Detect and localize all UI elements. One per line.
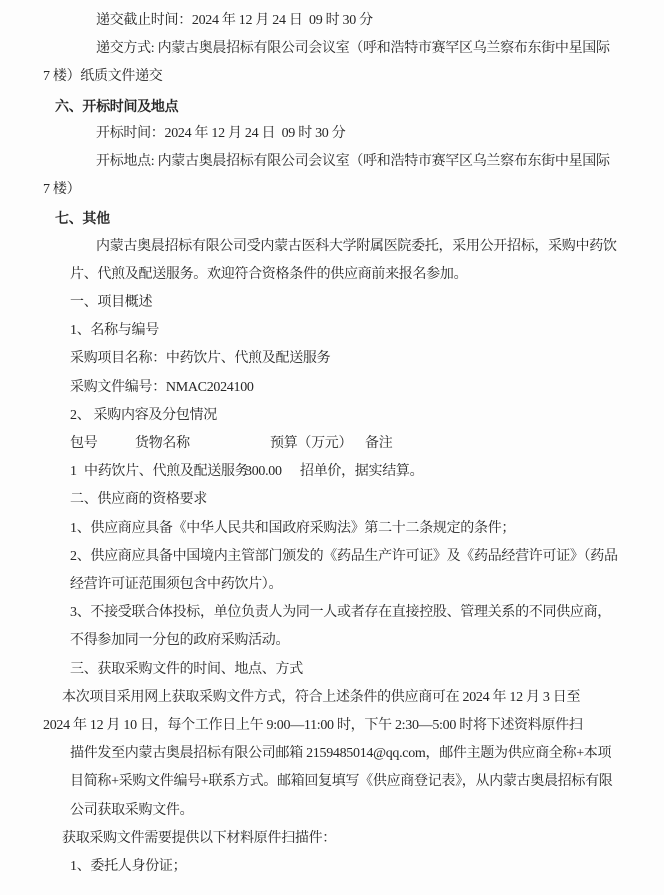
package-table: 包号 货物名称 预算（万元） 备注 1 中药饮片、代煎及配送服务 300.00 … [0,430,664,486]
table-cell-package-no: 1 [70,458,77,486]
text-line: 1、名称与编号 [0,317,664,345]
table-col-header-remark: 备注 [365,430,392,458]
table-col-header-budget: 预算（万元） [270,430,352,458]
table-cell-goods-name: 中药饮片、代煎及配送服务 [84,458,248,486]
text-line: 7 楼） [0,176,664,204]
table-cell-budget: 300.00 [245,458,282,486]
table-row: 1 中药饮片、代煎及配送服务 300.00 招单价，据实结算。 [0,458,664,486]
text-line: 7 楼）纸质文件递交 [0,63,664,91]
text-line: 二、供应商的资格要求 [0,486,664,514]
text-line: 经营许可证范围须包含中药饮片）。 [0,571,664,599]
document-section-top: 递交截止时间：2024 年 12 月 24 日 09 时 30 分递交方式: 内… [0,7,664,430]
text-line: 采购文件编号：NMAC2024100 [0,374,664,402]
document-section-bottom: 二、供应商的资格要求1、供应商应具备《中华人民共和国政府采购法》第二十二条规定的… [0,486,664,881]
text-line: 递交方式: 内蒙古奥晨招标有限公司会议室（呼和浩特市赛罕区乌兰察布东街中星国际 [0,35,664,63]
text-line: 三、获取采购文件的时间、地点、方式 [0,656,664,684]
document-page: 递交截止时间：2024 年 12 月 24 日 09 时 30 分递交方式: 内… [0,0,664,895]
text-line: 公司获取采购文件。 [0,797,664,825]
text-line: 片、代煎及配送服务。欢迎符合资格条件的供应商前来报名参加。 [0,261,664,289]
text-line: 描件发至内蒙古奥晨招标有限公司邮箱 2159485014@qq.com，邮件主题… [0,740,664,768]
text-line: 递交截止时间：2024 年 12 月 24 日 09 时 30 分 [0,7,664,35]
text-line: 采购项目名称：中药饮片、代煎及配送服务 [0,345,664,373]
table-header-row: 包号 货物名称 预算（万元） 备注 [0,430,664,458]
text-line: 1、供应商应具备《中华人民共和国政府采购法》第二十二条规定的条件； [0,515,664,543]
text-line: 不得参加同一分包的政府采购活动。 [0,627,664,655]
text-line: 开标地点: 内蒙古奥晨招标有限公司会议室（呼和浩特市赛罕区乌兰察布东街中星国际 [0,148,664,176]
text-line: 3、不接受联合体投标，单位负责人为同一人或者存在直接控股、管理关系的不同供应商， [0,599,664,627]
text-line: 一、项目概述 [0,289,664,317]
text-line: 开标时间：2024 年 12 月 24 日 09 时 30 分 [0,120,664,148]
text-line: 1、委托人身份证； [0,853,664,881]
text-line: 内蒙古奥晨招标有限公司受内蒙古医科大学附属医院委托，采用公开招标，采购中药饮 [0,233,664,261]
text-line: 获取采购文件需要提供以下材料原件扫描件： [0,825,664,853]
text-line: 本次项目采用网上获取采购文件方式，符合上述条件的供应商可在 2024 年 12 … [0,684,664,712]
section-heading: 七、其他 [0,204,664,232]
section-heading: 六、开标时间及地点 [0,92,664,120]
text-line: 2、供应商应具备中国境内主管部门颁发的《药品生产许可证》及《药品经营许可证》（药… [0,543,664,571]
text-line: 目简称+采购文件编号+联系方式。邮箱回复填写《供应商登记表》，从内蒙古奥晨招标有… [0,768,664,796]
table-cell-remark: 招单价，据实结算。 [300,458,423,486]
table-col-header-package-no: 包号 [70,430,97,458]
text-line: 2、 采购内容及分包情况 [0,402,664,430]
text-line: 2024 年 12 月 10 日，每个工作日上午 9:00—11:00 时，下午… [0,712,664,740]
table-col-header-goods-name: 货物名称 [135,430,190,458]
